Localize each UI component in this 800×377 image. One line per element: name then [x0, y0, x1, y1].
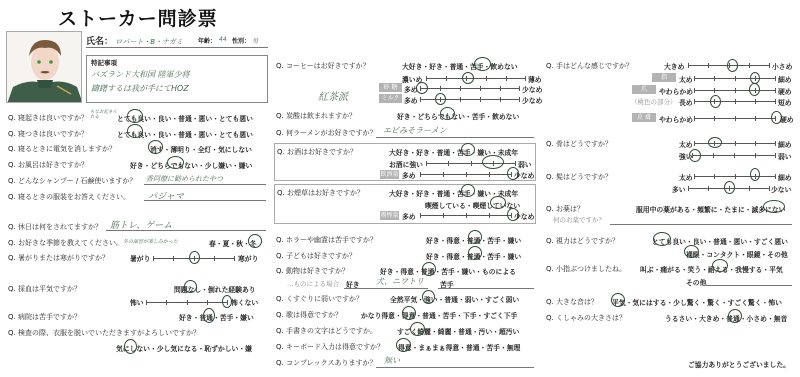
answer-line: [610, 224, 792, 225]
q-bath-options[interactable]: 好き・どちらでもない・少し嫌い・嫌い: [130, 160, 252, 170]
answer-circle: [728, 309, 742, 323]
scale-right-label: 短め: [778, 97, 792, 107]
scale-left-label: 太め: [679, 172, 693, 182]
answer-circle: [712, 259, 728, 272]
answer-circle: [727, 59, 738, 72]
answer-circle: [203, 308, 215, 323]
drinking-amount-tag: 飲酒量: [380, 170, 399, 179]
sex-value[interactable]: 男: [252, 36, 258, 45]
scale-left-label: やわらかめ: [659, 86, 693, 96]
answer-circle: [422, 290, 435, 304]
q-fall-asleep: Q. 寝つきは良いですか？: [8, 129, 88, 139]
answer-circle: [189, 251, 200, 264]
answer-circle: [468, 230, 482, 244]
answer-circle: [749, 83, 760, 96]
scale-right-label: 薄め: [528, 74, 542, 84]
scale-left-label: 多め: [404, 95, 418, 105]
nail-tag: 爪: [632, 85, 656, 94]
q-horror: Q. ホラーや幽霊は苦手ですか？: [276, 235, 377, 245]
q-shampoo-answer[interactable]: 香同僚に勧められたやつ: [146, 174, 223, 184]
q-holiday: Q. 休日は何をされてますか？: [8, 222, 102, 232]
q-tickle-options[interactable]: 全然平気・強い・普通・弱い・すごく弱い: [390, 294, 519, 304]
animals-like-answer[interactable]: 犬、ニワトリ: [376, 276, 424, 287]
smoking-amount-tag: 喫煙量: [380, 211, 399, 220]
q-writing: Q. 手書きの文字はどうですか。: [276, 326, 377, 336]
q-soda-options[interactable]: 好き・どちらでもない・苦手・飲めない: [397, 111, 519, 121]
q-toe: Q. 小指ぶつけましたね。: [546, 264, 626, 274]
answer-circle: [461, 143, 475, 156]
scale-right-label: 少なめ: [514, 211, 534, 221]
answer-circle: [127, 109, 143, 123]
sex-label: 性別：: [232, 36, 250, 45]
scale-left-label: 多め: [402, 211, 416, 221]
q-hospital: Q. 病院は苦手ですか？: [8, 312, 81, 322]
q-blood-draw: Q. 採血は平気ですか？: [8, 284, 81, 294]
scale-left-label: 大きめ: [664, 61, 684, 71]
q-lights: Q. 寝るときに電気を消しますか？: [8, 144, 116, 154]
answer-line: [438, 288, 534, 289]
scale-left-label: 太め: [679, 74, 693, 84]
scale-right-label: 細め: [778, 139, 792, 149]
q-animals-options[interactable]: 好き・得意・普通・苦手・嫌い・ものによる: [380, 266, 516, 276]
q-sneeze: Q. くしゃみの大きさは？: [546, 313, 626, 323]
coffee-answer: 紅茶派: [318, 88, 348, 103]
scale-right-label: 小さめ: [772, 61, 792, 71]
answer-circle: [710, 95, 721, 108]
answer-circle: [124, 339, 137, 354]
answer-circle: [410, 322, 425, 336]
answer-circle: [435, 93, 446, 105]
q-soda: Q. 炭酸は飲まれますか？: [276, 111, 356, 121]
scale-right-label: 細め: [778, 172, 792, 182]
q-animals: Q. 動物は好きですか？: [276, 266, 349, 276]
q-season-note: 冬の演習が楽しみかった: [123, 238, 178, 245]
answer-circle: [148, 140, 163, 154]
scale-left-label: 暑がり: [130, 253, 150, 263]
q-lights-options[interactable]: 消す・薄明り・全灯・気にしない: [150, 144, 252, 154]
scale-right-label: 弱い: [778, 151, 792, 161]
q-season: Q. お好きな季節を教えてください。: [8, 238, 123, 248]
q-hands: Q. 手はどんな感じですか？: [546, 61, 633, 71]
name-label: 氏名：: [86, 37, 113, 47]
blood-draw-scale[interactable]: [146, 302, 228, 303]
scale-left-label: 太め: [679, 139, 693, 149]
q-undress: Q. 検査の際、衣服を脱いでいただきますがよろしいですか？: [8, 328, 200, 338]
name-row: 氏名： ロバート・B・ナガミ 年齢： 44 性別： 男: [86, 34, 268, 48]
answer-circle: [167, 156, 184, 169]
q-coffee-options[interactable]: 大好き・好き・普通・苦手・飲めない: [402, 61, 518, 71]
age-value[interactable]: 44: [219, 36, 227, 43]
q-complex-answer[interactable]: 無い: [384, 355, 400, 366]
scale-left-label: 怖い: [130, 297, 144, 307]
answer-circle: [440, 107, 455, 120]
coffee-strength-scale[interactable]: [426, 78, 526, 79]
answer-circle: [689, 149, 701, 162]
hair-thickness-scale[interactable]: [694, 176, 776, 177]
scale-left-label: 多い: [672, 184, 686, 194]
nail-softness-scale[interactable]: [694, 90, 776, 91]
q-sneeze-options[interactable]: うるさい・大きめ・普通・小さめ・無音: [665, 313, 787, 323]
answer-line: [344, 288, 428, 289]
q-vision-options-2[interactable]: 裸眼・コンタクト・眼鏡・その他: [686, 249, 788, 259]
answer-line: [144, 200, 266, 201]
q-vision: Q. 視力はどうですか？: [546, 236, 619, 246]
answer-circle: [248, 234, 262, 248]
scale-right-label: 弱い: [518, 159, 532, 169]
answer-line: [376, 137, 534, 138]
q-tickle: Q. くすぐりに弱いですか？: [276, 294, 363, 304]
notes-line-2: 躊躇するは我が手にてHOZ: [91, 83, 263, 94]
answer-circle: [750, 168, 760, 181]
answer-line: [144, 184, 266, 185]
q-song: Q. 歌は得意ですか？: [276, 310, 342, 320]
answer-line: [106, 230, 266, 231]
answer-circle: [763, 200, 785, 213]
thanks-message: ご協力ありがとうございました。: [688, 359, 790, 369]
q-kids: Q. 子どもは好きですか？: [276, 251, 356, 261]
skin-softness-scale[interactable]: [694, 118, 776, 119]
answer-circle: [724, 181, 735, 194]
scale-left-label: やわらかめ: [659, 114, 693, 124]
notes-line-1: バズランド大和国 陸軍少将: [91, 69, 263, 80]
toe-other-label: その他: [686, 277, 706, 287]
scale-right-label: 細め: [778, 74, 792, 84]
answer-circle: [474, 57, 491, 71]
scale-right-label: 少なめ: [522, 84, 542, 94]
scale-right-label: 少なめ: [514, 170, 534, 180]
answer-circle: [490, 196, 506, 209]
q-coffee: Q. コーヒーはお好きですか？: [276, 61, 370, 71]
bone-thickness-scale[interactable]: [694, 143, 776, 144]
sugar-tag: 砂 糖: [379, 83, 402, 92]
answer-circle: [708, 137, 722, 148]
answer-circle: [127, 124, 143, 138]
answer-circle: [653, 232, 671, 246]
q-hair: Q. 髪はどうですか？: [546, 172, 612, 182]
scale-right-label: 硬め: [780, 114, 794, 124]
skin-tag: 皮 膚: [632, 113, 656, 122]
q-shampoo: Q. どんなシャンプー / 石鹸使いますか？: [8, 176, 136, 186]
q-noise-options[interactable]: 平気・気にはする・少し驚く・驚く・すごく驚く・怖い: [612, 297, 782, 307]
animals-sub-label: …ものによる場合: [287, 279, 339, 288]
answer-circle: [402, 306, 416, 320]
q-ramen-answer[interactable]: エビみそラーメン: [383, 125, 447, 136]
q-tobacco: Q. お煙草はお好きですか？: [277, 188, 364, 198]
q-wake-up: Q. 寝起きは良いですか？: [8, 113, 88, 123]
answer-line: [706, 285, 792, 286]
bone-strength-scale[interactable]: [692, 155, 776, 156]
scale-right-label: 少ない: [771, 184, 791, 194]
answer-circle: [611, 293, 625, 307]
answer-circle: [462, 72, 474, 84]
answer-circle: [468, 246, 482, 260]
q-noise: Q. 大きな音は？: [546, 297, 598, 307]
notes-title: 特記事項: [91, 58, 263, 67]
scale-left-label: 長め: [679, 97, 693, 107]
sugar-scale[interactable]: [420, 88, 520, 89]
answer-circle: [482, 155, 504, 169]
q-alcohol: Q. お酒はお好きですか？: [277, 147, 357, 157]
answer-circle: [684, 245, 699, 258]
milk-tag: ミルク: [379, 94, 402, 103]
q-wake-up-note: もなお起きられる: [90, 110, 118, 120]
answer-circle: [416, 82, 428, 94]
age-label: 年齢：: [198, 36, 216, 45]
portrait-avatar: [6, 31, 82, 103]
scale-right-label: 少なめ: [522, 95, 542, 105]
q-song-options[interactable]: かなり得意・得意・普通・苦手・下手・すごく下手: [361, 310, 517, 320]
answer-circle: [184, 280, 197, 293]
q-heat-cold: Q. 暑がりまたは寒がりですか？: [8, 253, 109, 263]
finger-scale[interactable]: [694, 78, 776, 79]
nail-length-scale[interactable]: [694, 101, 776, 102]
q-bones: Q. 骨はどうですか？: [546, 139, 612, 149]
answer-circle: [396, 338, 411, 352]
answer-circle: [461, 184, 475, 197]
q-keyboard-options[interactable]: 得意・まぁまぁ得意・普通・苦手・無理: [398, 342, 520, 352]
q-medicine: Q. お薬は？: [546, 204, 584, 214]
drinking-amount-scale[interactable]: [420, 174, 512, 175]
scale-right-label: 寒がり: [238, 253, 258, 263]
finger-tag: 指: [652, 73, 676, 82]
q-keyboard: Q. キーボード入力は得意ですか？: [276, 342, 384, 352]
q-bath: Q. お風呂は好きですか？: [8, 160, 88, 170]
q-hospital-options[interactable]: 好き・普通・苦手・嫌い: [179, 312, 254, 322]
scale-left-label: お酒に強い: [389, 159, 423, 169]
q-ramen: Q. 何ラーメンがお好きですか？: [276, 128, 377, 138]
name-value[interactable]: ロバート・B・ナガミ: [115, 38, 183, 46]
q-sleepwear: Q. 寝るときの服装をお答えください。: [8, 192, 130, 202]
q-complex: Q. コンプレックスありますか？: [276, 358, 377, 368]
medicine-sub-label: 何のお薬ですか？: [553, 215, 605, 224]
smoking-amount-scale[interactable]: [420, 215, 512, 216]
q-vision-options[interactable]: とても良い・良い・普通・悪い・すごく悪い: [652, 236, 788, 246]
answer-line: [376, 367, 534, 368]
nail-sub-label: （桃色の部分）: [631, 97, 677, 106]
page-title: ストーカー問診票: [58, 4, 218, 31]
answer-circle: [422, 262, 436, 276]
scale-left-label: 多め: [402, 170, 416, 180]
scale-right-label: 怖くない: [231, 297, 258, 307]
scale-right-label: 硬め: [778, 86, 792, 96]
special-notes-box[interactable]: 特記事項 バズランド大和国 陸軍少将 躊躇するは我が手にてHOZ: [86, 55, 268, 103]
